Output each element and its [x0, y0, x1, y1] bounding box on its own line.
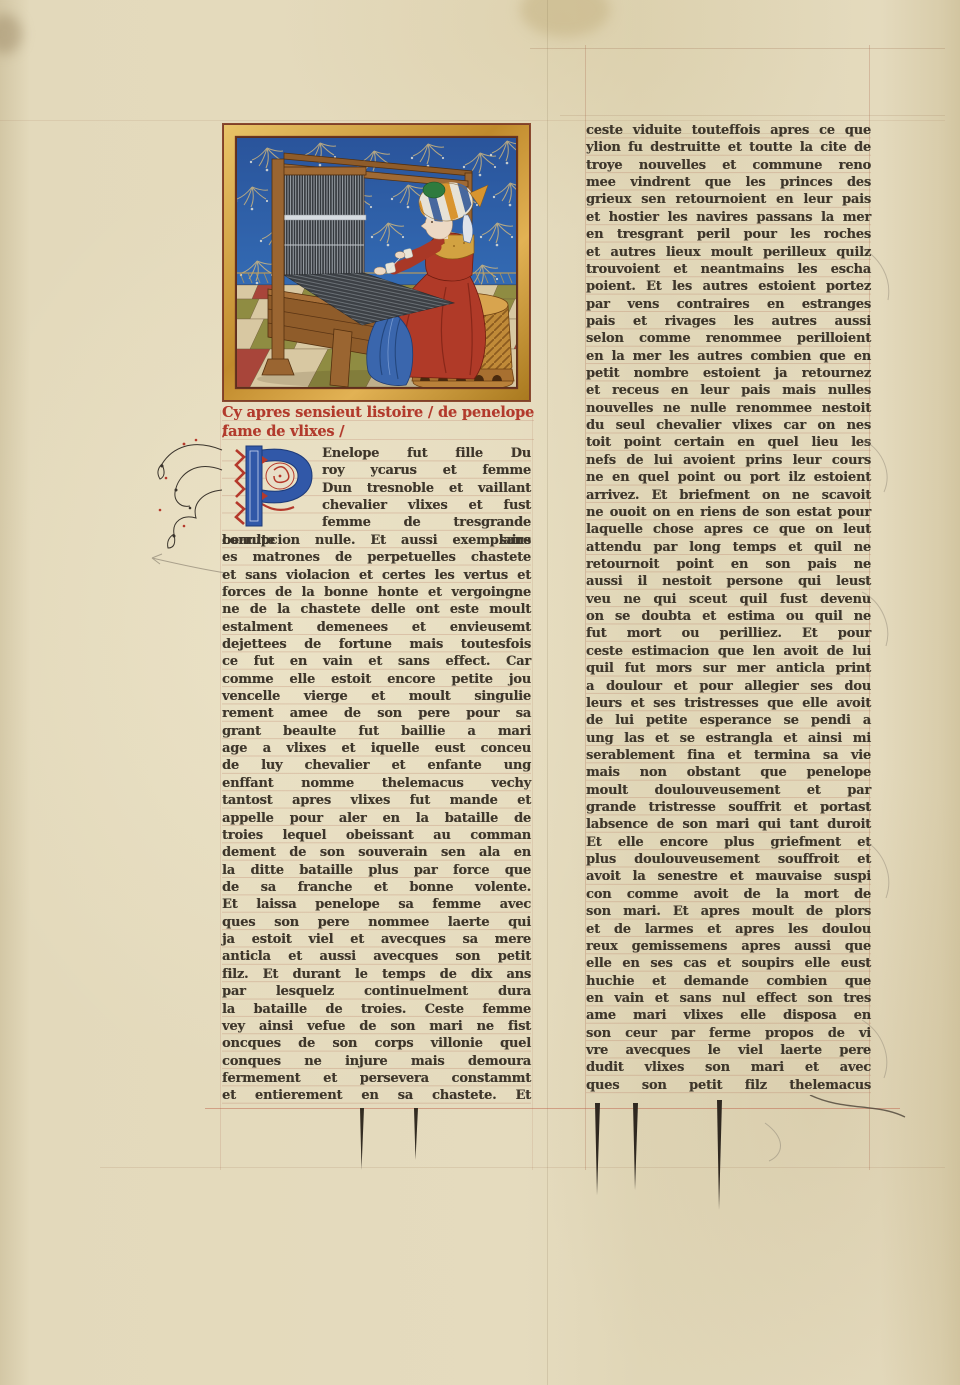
page-crease: [547, 0, 548, 1385]
text-line: ne en quel point ou port ilz estoient: [586, 469, 871, 486]
text-line: dudit vlixes son mari et avec: [586, 1059, 871, 1076]
text-line: son mari. Et apres moult de plors: [586, 903, 871, 920]
ruling-line: [532, 410, 533, 1170]
text-line: ques son pere nommee laerte qui: [222, 914, 531, 931]
text-line: du seul chevalier vlixes car on nes: [586, 417, 871, 434]
text-line: ce fut en vain et sans effect. Car: [222, 653, 531, 670]
text-line: vre avecques le viel laerte pere: [586, 1042, 871, 1059]
text-line: Et elle encore plus griefment et: [586, 834, 871, 851]
text-line: la bataille de troies. Ceste femme: [222, 1001, 531, 1018]
text-line: estalment demenees et envieusemt: [222, 619, 531, 636]
text-line: en vain et sans nul effect son tres: [586, 990, 871, 1007]
text-line: grande tristresse souffrit et portast: [586, 799, 871, 816]
text-line: troye nouvelles et commune reno: [586, 157, 871, 174]
text-line: son ceur par ferme propos de vi: [586, 1025, 871, 1042]
text-line: et entierement en sa chastete. Et: [222, 1087, 531, 1104]
text-line: et de larmes et apres les doulou: [586, 921, 871, 938]
penelope-hand: [374, 267, 386, 275]
text-line: con comme avoit de la mort de: [586, 886, 871, 903]
text-line: vencelle vierge et moult singulie: [222, 688, 531, 705]
manuscript-page: Cy apres sensieut listoire / de penelope…: [0, 0, 960, 1385]
text-line: corrupcion nulle. Et aussi exemplaire: [222, 532, 531, 549]
ruling-line: [560, 115, 945, 116]
miniature-penelope-weaving: [222, 123, 531, 402]
text-line: ceste estimacion que len avoit de lui: [586, 643, 871, 660]
left-column-descenders: [330, 1108, 460, 1188]
text-line: veu ne qui sceut quil fust devenu: [586, 591, 871, 608]
text-line: ceste viduite touteffois apres ce que: [586, 122, 871, 139]
text-line: nefs de lui avoient prins leur cours: [586, 452, 871, 469]
loom-heddle-bar: [282, 215, 366, 220]
text-line: troies lequel obeissant au comman: [222, 827, 531, 844]
text-line: et hostier les navires passans la mer: [586, 209, 871, 226]
text-line: laquelle chose apres ce que on leut: [586, 521, 871, 538]
headdress-green-knot: [423, 182, 445, 198]
text-line: enffant nomme thelemacus vechy: [222, 775, 531, 792]
text-line: retournoit point en son pais ne: [586, 556, 871, 573]
text-line: dejettees de fortune mais toutesfois: [222, 636, 531, 653]
text-line: par lesquelz continuelment dura: [222, 983, 531, 1000]
text-line: vey ainsi vefue de son mari ne fist: [222, 1018, 531, 1035]
text-line: labsence de son mari qui tant duroit: [586, 816, 871, 833]
text-line: dement de son souverain sen ala en: [222, 844, 531, 861]
text-line: en tresgrant peril pour les roches: [586, 226, 871, 243]
margin-hairlines: [858, 140, 918, 1120]
text-line: la ditte bataille plus par force que: [222, 862, 531, 879]
text-line: mais non obstant que penelope: [586, 764, 871, 781]
parchment-blemish: [520, 0, 610, 37]
rubric-line: fame de vlixes /: [222, 422, 534, 441]
text-line: appelle pour aler en la bataille de: [222, 810, 531, 827]
text-line: elle en ses cas et soupirs elle eust: [586, 955, 871, 972]
text-line: ques son petit filz thelemacus: [586, 1077, 871, 1094]
text-line: ame mari vlixes elle disposa en: [586, 1007, 871, 1024]
ruling-line: [0, 120, 945, 121]
text-line: ne de la chastete delle ont este moult: [222, 601, 531, 618]
text-line: oncques de son corps villonie quel: [222, 1035, 531, 1052]
text-line: de sa franche et bonne volente.: [222, 879, 531, 896]
text-line: poient. Et les autres estoient portez: [586, 278, 871, 295]
initial-letter-P: [222, 442, 322, 534]
margin-sketch: [152, 554, 226, 573]
text-line: toit point certain en quel lieu les: [586, 434, 871, 451]
text-line: ja estoit viel et avecques sa mere: [222, 931, 531, 948]
text-line: et receus en leur pais mais nulles: [586, 382, 871, 399]
text-line: on se doubta et estima ou quil ne: [586, 608, 871, 625]
penelope-hand: [395, 252, 405, 259]
text-line: grieux sen retournoient en leur pais: [586, 191, 871, 208]
illuminated-initial-P: [222, 445, 322, 515]
text-line: tantost apres vlixes fut mande et: [222, 792, 531, 809]
text-line: avoit la senestre et mauvaise suspi: [586, 868, 871, 885]
text-line: trouvoient et neantmains les escha: [586, 261, 871, 278]
text-line: huchie et demande combien que: [586, 973, 871, 990]
initial-pen-flourishes: [148, 430, 228, 580]
loom-warp-threads: [284, 175, 364, 275]
text-line: moult doulouveusement et par: [586, 782, 871, 799]
text-line: selon comme renommee perilloient: [586, 330, 871, 347]
text-line: et sans violacion et certes les vertus e…: [222, 567, 531, 584]
text-line: serablement fina et termina sa vie: [586, 747, 871, 764]
left-text-column: Enelope fut fille Duroy ycarus et femmeD…: [222, 445, 531, 1105]
ruling-line: [530, 48, 945, 49]
text-line: aussi il nestoit persone qui leust: [586, 573, 871, 590]
text-line: plus doulouveusement souffroit et: [586, 851, 871, 868]
text-line: ne ouoit on en riens de son estat pour: [586, 504, 871, 521]
text-line: filz. Et durant le temps de dix ans: [222, 966, 531, 983]
text-line: leurs et ses tristresses que elle avoit: [586, 695, 871, 712]
rubric: Cy apres sensieut listoire / de penelope…: [222, 403, 534, 441]
right-text-column: ceste viduite touteffois apres ce queyli…: [586, 122, 871, 1095]
rubric-line: Cy apres sensieut listoire / de penelope…: [222, 403, 534, 422]
text-line: forces de la bonne honte et vergoingne: [222, 584, 531, 601]
text-line: ylion fu destruitte et toutte la cite de: [586, 139, 871, 156]
text-line: nouvelles ne nulle renommee nestoit: [586, 400, 871, 417]
text-line: arrivez. Et briefment on ne scavoit: [586, 487, 871, 504]
text-line: fut mort ou perilliez. Et pour: [586, 625, 871, 642]
text-line: par vens contraires en estranges: [586, 296, 871, 313]
text-line: et autres lieux moult perilleux quilz: [586, 244, 871, 261]
text-line: es matrones de perpetuelles chastete: [222, 549, 531, 566]
text-line: de lui petite esperance se pendi a: [586, 712, 871, 729]
text-line: rement amee de son pere pour sa: [222, 705, 531, 722]
text-line: mee vindrent que les princes des: [586, 174, 871, 191]
text-line: en la mer les autres combien que en: [586, 348, 871, 365]
text-line: Et laissa penelope sa femme avec: [222, 896, 531, 913]
text-line: reux gemissemens apres aussi que: [586, 938, 871, 955]
text-line: pais et rivages les autres aussi: [586, 313, 871, 330]
text-line: de luy chevalier et enfante ung: [222, 757, 531, 774]
text-line: a doulour et pour allegier ses dou: [586, 678, 871, 695]
text-line: conques ne injure mais demoura: [222, 1053, 531, 1070]
parchment-blemish: [0, 14, 22, 54]
text-line: grant beaulte fut baillie a mari: [222, 723, 531, 740]
text-line: anticla et aussi avecques son petit: [222, 948, 531, 965]
text-line: ung las et se estrangla et ainsi mi: [586, 730, 871, 747]
text-line: quil fut mors sur mer anticla print: [586, 660, 871, 677]
text-line: fermement et persevera constammt: [222, 1070, 531, 1087]
text-line: petit nombre estoient ja retournez: [586, 365, 871, 382]
text-line: age a vlixes et iquelle eust conceu: [222, 740, 531, 757]
text-line: comme elle estoit encore petite jou: [222, 671, 531, 688]
text-line: attendu par long temps et quil ne: [586, 539, 871, 556]
